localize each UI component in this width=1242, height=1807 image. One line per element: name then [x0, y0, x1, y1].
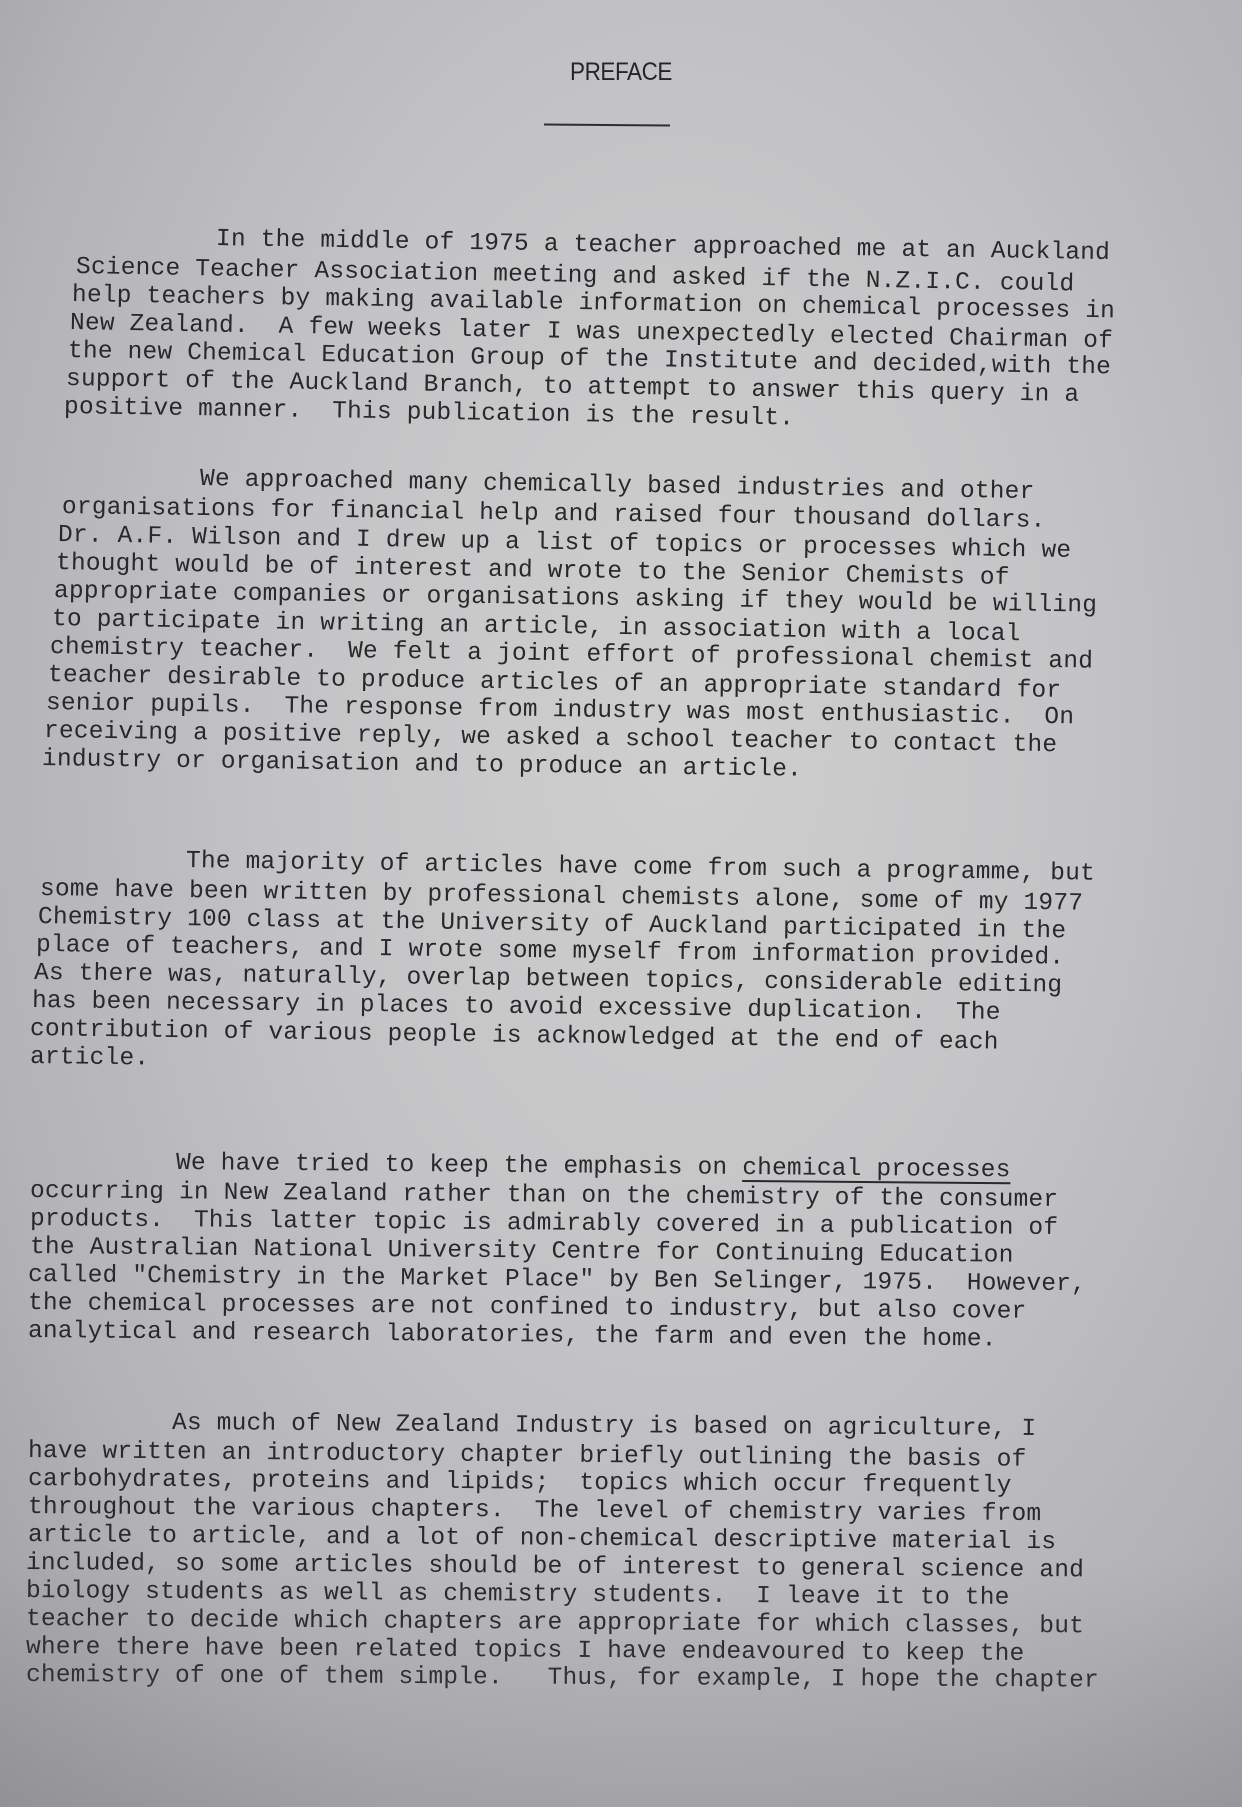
page-title: PREFACE	[62, 58, 1180, 87]
text-line: chemistry of one of them simple. Thus, f…	[26, 1662, 1099, 1696]
title-rule	[544, 123, 670, 126]
text-line: article.	[30, 1044, 150, 1073]
text-line: As much of New Zealand Industry is based…	[172, 1410, 1037, 1444]
underlined-phrase: chemical processes	[742, 1155, 1010, 1184]
document-page: PREFACE In the middle of 1975 a teacher …	[0, 0, 1242, 1807]
